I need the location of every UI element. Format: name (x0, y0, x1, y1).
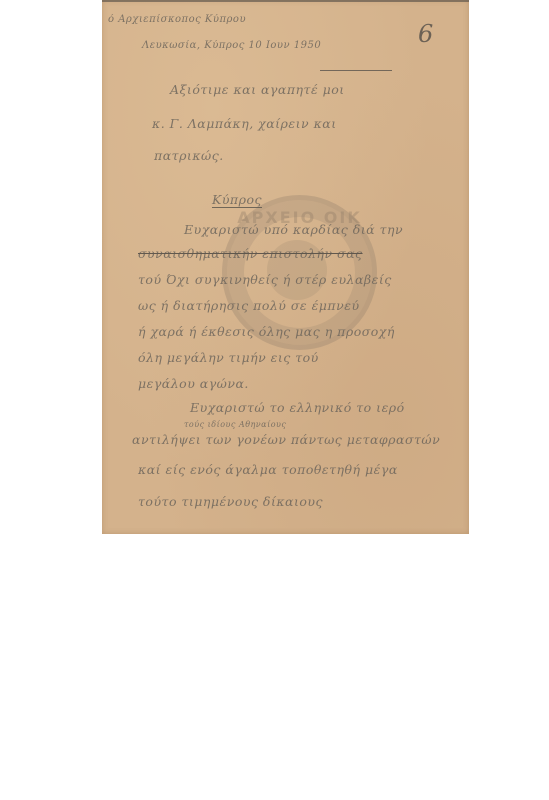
scanned-manuscript-page: ΑΡΧΕΙΟ ΟΙΚ ό Αρχιεπίσκοπος Κύπρου Λευκωσ… (102, 0, 469, 534)
interline-note: τούς ιδίους Αθηναίους (184, 420, 286, 429)
body-line-3: τού Όχι συγκινηθείς ή στέρ ευλαβείς (138, 272, 392, 287)
page-number: 6 (418, 20, 434, 48)
page-top-edge (102, 0, 469, 2)
body-line-8: Ευχαριστώ το ελληνικό το ιερό (190, 400, 405, 415)
body-line-4: ως ή διατήρησις πολύ σε έμπνεύ (138, 298, 360, 313)
body-line-1: Ευχαριστώ υπό καρδίας διά την (184, 222, 403, 237)
section-heading: Κύπρος (212, 192, 262, 208)
body-line-11: τούτο τιμημένους δίκαιους (138, 494, 323, 509)
body-line-2: συναισθηματικήν επιστολήν σας (138, 246, 363, 261)
header-rule (320, 70, 392, 71)
line-salutation-3: πατρικώς. (154, 148, 224, 163)
line-salutation-1: Αξιότιμε και αγαπητέ μοι (170, 82, 345, 97)
header-line-1: ό Αρχιεπίσκοπος Κύπρου (108, 14, 246, 25)
header-line-2: Λευκωσία, Κύπρος 10 Ιουν 1950 (142, 40, 321, 51)
line-salutation-2: κ. Γ. Λαμπάκη, χαίρειν και (152, 116, 337, 131)
body-line-7: μεγάλου αγώνα. (138, 376, 249, 391)
body-line-10: καί είς ενός άγαλμα τοποθετηθή μέγα (138, 462, 398, 477)
body-line-9: αντιλήψει των γονέων πάντως μεταφραστών (132, 432, 440, 447)
body-line-5: ή χαρά ή έκθεσις όλης μας η προσοχή (138, 324, 395, 339)
body-line-6: όλη μεγάλην τιμήν εις τού (138, 350, 319, 365)
